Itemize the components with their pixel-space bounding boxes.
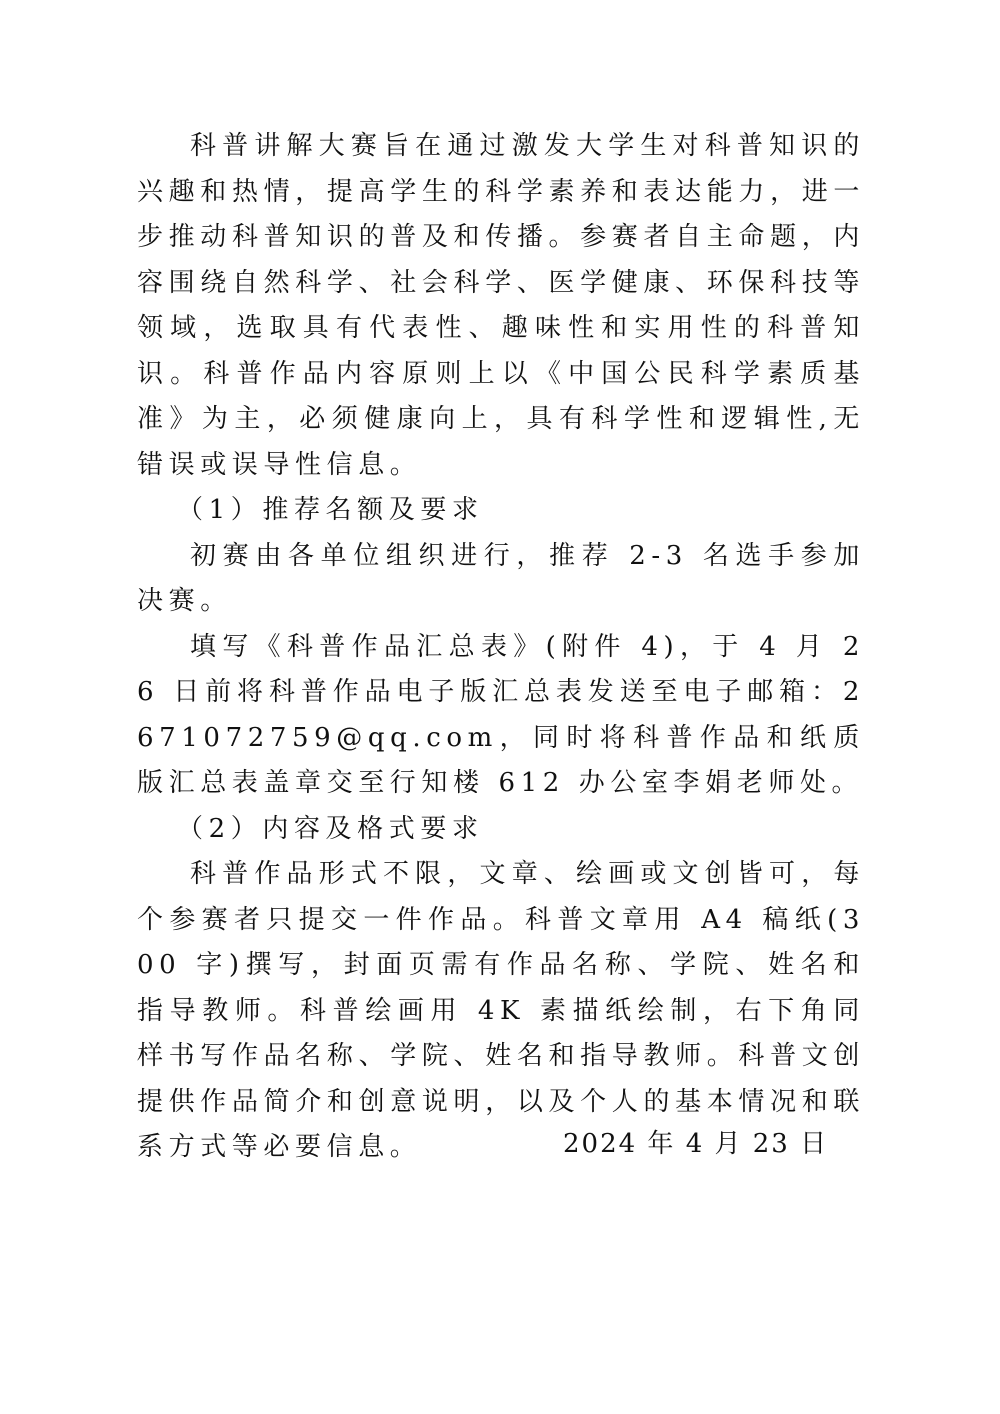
document-date: 2024 年 4 月 23 日 (563, 1122, 828, 1167)
quota-paragraph: 初赛由各单位组织进行，推荐 2-3 名选手参加决赛。 (137, 534, 865, 625)
submission-paragraph: 填写《科普作品汇总表》(附件 4)，于 4 月 26 日前将科普作品电子版汇总表… (137, 625, 865, 807)
intro-paragraph: 科普讲解大赛旨在通过激发大学生对科普知识的兴趣和热情，提高学生的科学素养和表达能… (137, 124, 865, 488)
document-body: 科普讲解大赛旨在通过激发大学生对科普知识的兴趣和热情，提高学生的科学素养和表达能… (137, 124, 865, 1171)
section-heading-format: （2）内容及格式要求 (137, 807, 865, 853)
section-heading-quota: （1）推荐名额及要求 (137, 488, 865, 534)
